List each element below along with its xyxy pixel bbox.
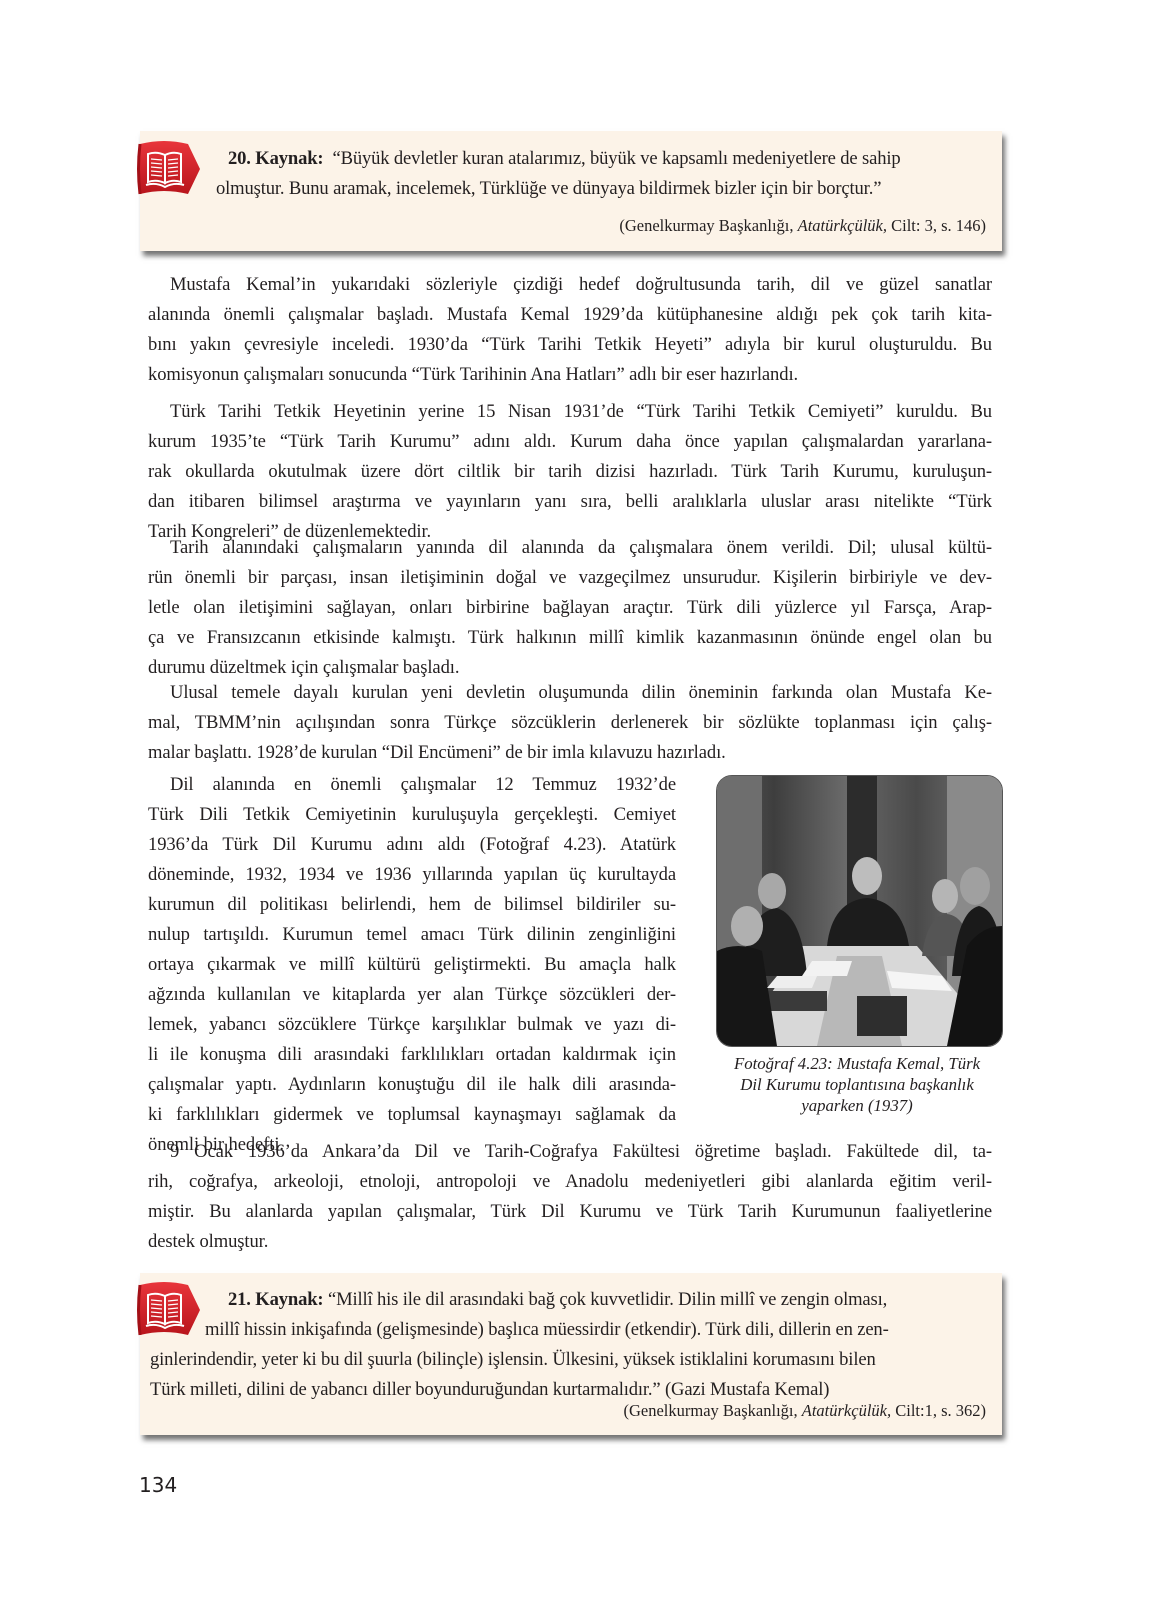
page-number: 134 [139, 1473, 177, 1497]
source-label: 21. Kaynak: [228, 1289, 323, 1310]
photo-meeting [716, 775, 1003, 1047]
source-quote: 21. Kaynak: “Millî his ile dil arasındak… [150, 1285, 986, 1405]
paragraph: Ulusal temele dayalı kurulan yeni devlet… [148, 678, 992, 768]
paragraph: Türk Tarihi Tetkik Heyetinin yerine 15 N… [148, 397, 992, 547]
photo-caption: Fotoğraf 4.23: Mustafa Kemal, Türk Dil K… [690, 1053, 1024, 1116]
source-box-20: 20. Kaynak: “Büyük devletler kuran atala… [140, 131, 1002, 251]
source-box-21: 21. Kaynak: “Millî his ile dil arasındak… [140, 1273, 1002, 1435]
source-citation: (Genelkurmay Başkanlığı, Atatürkçülük, C… [619, 216, 986, 236]
paragraph: Mustafa Kemal’in yukarıdaki sözleriyle ç… [148, 270, 992, 390]
paragraph: 9 Ocak 1936’da Ankara’da Dil ve Tarih-Co… [148, 1137, 992, 1257]
paragraph: Tarih alanındaki çalışmaların yanında di… [148, 533, 992, 683]
source-citation: (Genelkurmay Başkanlığı, Atatürkçülük, C… [624, 1401, 987, 1421]
meeting-photo-image [717, 776, 1002, 1046]
source-quote: 20. Kaynak: “Büyük devletler kuran atala… [216, 144, 986, 204]
open-book-icon [134, 136, 206, 202]
source-label: 20. Kaynak: [228, 148, 323, 169]
paragraph: Dil alanında en önemli çalışmalar 12 Tem… [148, 770, 676, 1160]
